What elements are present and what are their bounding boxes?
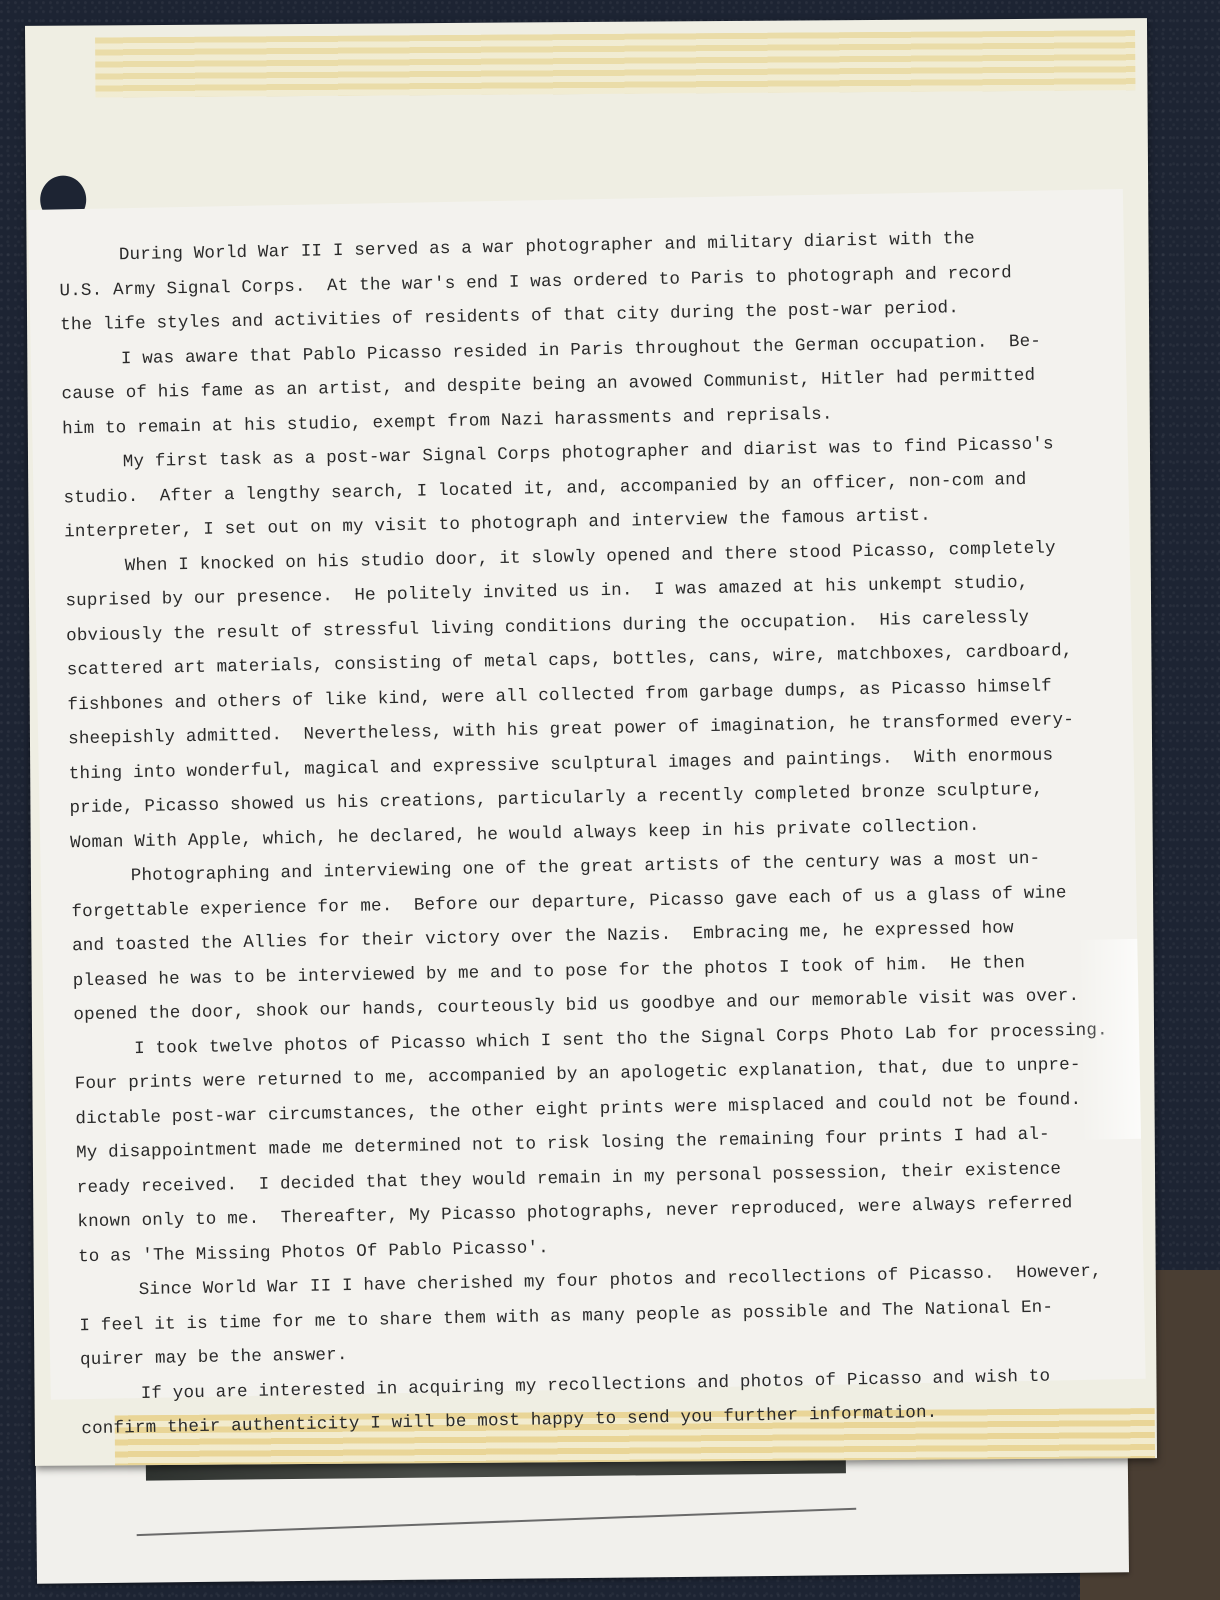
letter-body: During World War II I served as a war ph…	[59, 219, 1122, 1446]
paragraph: My first task as a post-war Signal Corps…	[63, 426, 1105, 549]
paragraph: Since World War II I have cherished my f…	[78, 1254, 1120, 1377]
tape-strip-top	[95, 30, 1135, 97]
paragraph: I was aware that Pablo Picasso resided i…	[61, 323, 1103, 446]
paragraph: Photographing and interviewing one of th…	[70, 840, 1113, 1032]
sleeve-glare	[1077, 939, 1141, 1140]
paragraph: I took twelve photos of Picasso which I …	[74, 1013, 1118, 1274]
paragraph: When I knocked on his studio door, it sl…	[65, 530, 1111, 860]
signature-line	[137, 1508, 857, 1536]
typed-letter-page: During World War II I served as a war ph…	[28, 189, 1146, 1400]
paragraph: During World War II I served as a war ph…	[59, 219, 1101, 342]
